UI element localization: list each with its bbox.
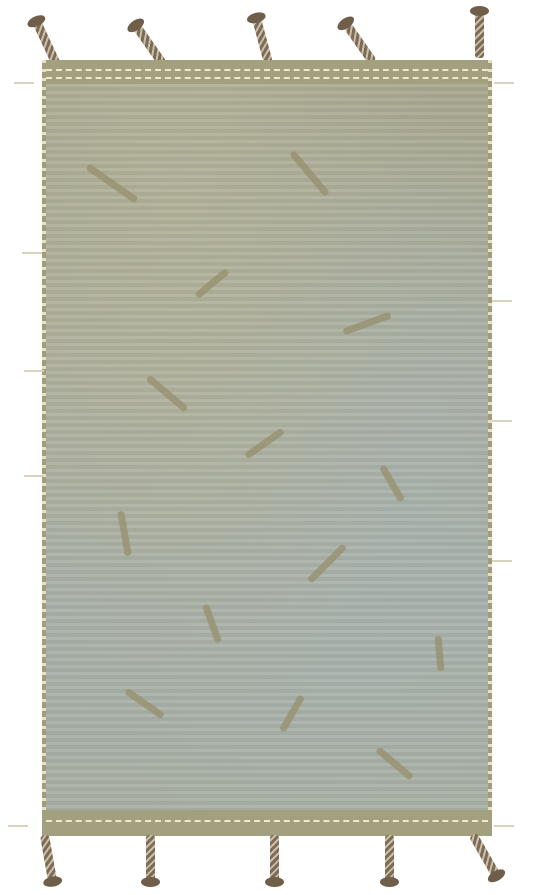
motif [146, 375, 189, 413]
side-fringe [24, 475, 44, 477]
tassel-top-3 [252, 18, 273, 65]
side-binding-left [42, 60, 46, 836]
tassel-top-4 [343, 22, 377, 65]
motif [375, 746, 414, 780]
motif [202, 604, 222, 644]
motif [124, 688, 165, 720]
side-fringe [14, 82, 34, 84]
motif [379, 464, 405, 502]
tassel-bottom-4 [385, 835, 394, 881]
motif [117, 511, 132, 557]
tassel-bottom-5 [469, 833, 500, 877]
rug [42, 60, 492, 836]
side-fringe [24, 370, 44, 372]
stitch-line [46, 77, 488, 79]
side-fringe [8, 825, 28, 827]
tassel-bottom-2 [146, 835, 155, 881]
tassel-bottom-1 [40, 835, 57, 882]
motif [279, 694, 305, 732]
motif [434, 636, 444, 671]
side-fringe [492, 300, 512, 302]
side-fringe [22, 252, 42, 254]
motif [289, 150, 330, 197]
side-fringe [494, 82, 514, 84]
stitch-line [46, 69, 488, 71]
tassel-top-5 [475, 12, 484, 58]
motif [342, 312, 391, 336]
stitch-line [46, 820, 488, 822]
side-fringe [492, 420, 512, 422]
side-fringe [492, 560, 512, 562]
side-fringe [494, 825, 514, 827]
motif [85, 163, 138, 203]
side-binding-right [488, 60, 492, 836]
kilim-band-bottom [42, 810, 492, 836]
motif [307, 543, 347, 583]
tassel-bottom-3 [270, 835, 279, 881]
tassel-top-1 [33, 20, 61, 65]
kilim-band-top [42, 60, 492, 84]
motif [244, 428, 285, 460]
motif [194, 268, 229, 299]
